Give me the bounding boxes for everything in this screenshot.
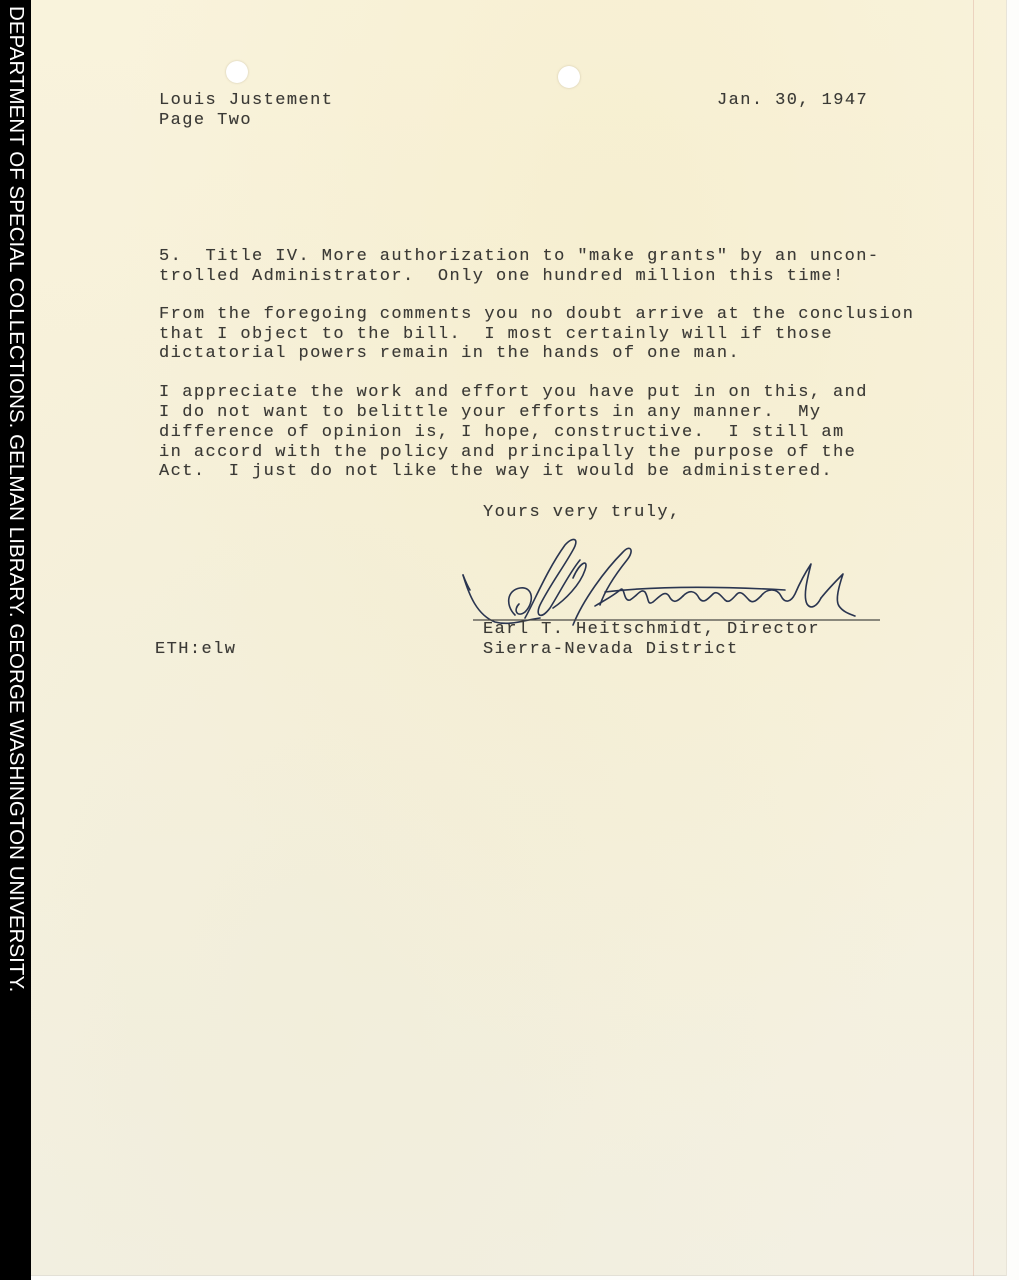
scanned-document-page: DEPARTMENT OF SPECIAL COLLECTIONS. GELMA… — [0, 0, 1019, 1280]
paragraph-line: difference of opinion is, I hope, constr… — [159, 423, 845, 443]
signer-district: Sierra-Nevada District — [483, 640, 739, 660]
paragraph-line: I do not want to belittle your efforts i… — [159, 403, 821, 423]
reference-initials: ETH:elw — [155, 640, 236, 660]
paragraph-line: dictatorial powers remain in the hands o… — [159, 344, 740, 364]
paragraph-line: in accord with the policy and principall… — [159, 443, 856, 463]
paragraph-line: I appreciate the work and effort you hav… — [159, 383, 868, 403]
punch-hole-right — [558, 66, 580, 88]
closing-salutation: Yours very truly, — [483, 503, 681, 523]
signer-name-title: Earl T. Heitschmidt, Director — [483, 620, 820, 640]
paper-edge-line — [973, 0, 974, 1276]
paragraph-line: Act. I just do not like the way it would… — [159, 462, 833, 482]
paragraph-line: From the foregoing comments you no doubt… — [159, 305, 914, 325]
paragraph-line: that I object to the bill. I most certai… — [159, 325, 833, 345]
handwritten-signature — [455, 530, 885, 630]
page-number: Page Two — [159, 111, 252, 131]
archive-attribution-band: DEPARTMENT OF SPECIAL COLLECTIONS. GELMA… — [0, 0, 31, 1280]
paragraph-line: 5. Title IV. More authorization to "make… — [159, 247, 880, 267]
letter-date: Jan. 30, 1947 — [717, 91, 868, 111]
punch-hole-left — [226, 61, 248, 83]
recipient-name: Louis Justement — [159, 91, 333, 111]
archive-attribution-text: DEPARTMENT OF SPECIAL COLLECTIONS. GELMA… — [4, 6, 29, 1276]
paragraph-line: trolled Administrator. Only one hundred … — [159, 267, 845, 287]
